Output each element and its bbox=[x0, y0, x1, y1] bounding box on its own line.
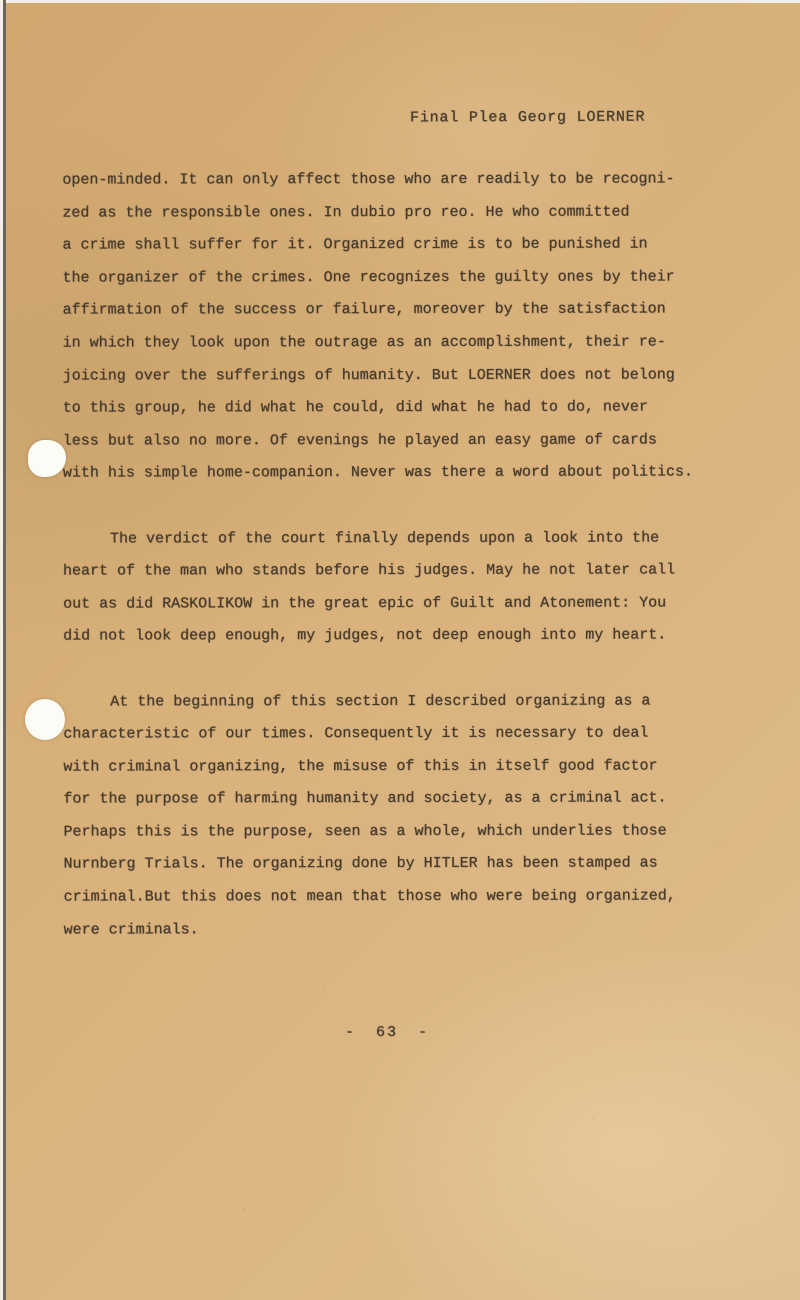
text-line: to this group, he did what he could, did… bbox=[63, 392, 711, 426]
text-line: Nurnberg Trials. The organizing done by … bbox=[64, 848, 712, 882]
text-line: for the purpose of harming humanity and … bbox=[63, 783, 711, 817]
text-line: joicing over the sufferings of humanity.… bbox=[63, 359, 711, 393]
punch-hole-top bbox=[28, 440, 66, 477]
scanned-document-page: Final Plea Georg LOERNER open-minded. It… bbox=[0, 0, 800, 1300]
text-line: with criminal organizing, the misuse of … bbox=[63, 750, 711, 784]
text-line: criminal.But this does not mean that tho… bbox=[64, 880, 712, 914]
page-number: - 63 - bbox=[63, 1024, 711, 1041]
text-line: less but also no more. Of evenings he pl… bbox=[63, 424, 711, 458]
text-line: The verdict of the court finally depends… bbox=[63, 522, 711, 556]
text-line: At the beginning of this section I descr… bbox=[63, 685, 711, 719]
text-line: affirmation of the success or failure, m… bbox=[63, 294, 711, 328]
text-line: characteristic of our times. Consequentl… bbox=[63, 718, 711, 752]
punch-hole-bottom bbox=[25, 699, 65, 740]
paper-sheet: Final Plea Georg LOERNER open-minded. It… bbox=[6, 3, 800, 1300]
document-body: open-minded. It can only affect those wh… bbox=[62, 163, 711, 946]
text-line: did not look deep enough, my judges, not… bbox=[63, 620, 711, 654]
text-line: with his simple home-companion. Never wa… bbox=[63, 457, 711, 491]
paragraph-3: At the beginning of this section I descr… bbox=[63, 685, 711, 947]
text-line: out as did RASKOLIKOW in the great epic … bbox=[63, 587, 711, 621]
text-line: the organizer of the crimes. One recogni… bbox=[62, 261, 710, 295]
text-line: were criminals. bbox=[64, 913, 712, 947]
text-line: open-minded. It can only affect those wh… bbox=[62, 163, 710, 197]
text-line: in which they look upon the outrage as a… bbox=[63, 326, 711, 360]
text-line: Perhaps this is the purpose, seen as a w… bbox=[63, 815, 711, 849]
document-header: Final Plea Georg LOERNER bbox=[410, 109, 645, 127]
paragraph-1: open-minded. It can only affect those wh… bbox=[62, 163, 711, 490]
paragraph-2: The verdict of the court finally depends… bbox=[63, 522, 711, 654]
text-line: heart of the man who stands before his j… bbox=[63, 555, 711, 589]
text-line: a crime shall suffer for it. Organized c… bbox=[62, 229, 710, 263]
text-line: zed as the responsible ones. In dubio pr… bbox=[62, 196, 710, 230]
